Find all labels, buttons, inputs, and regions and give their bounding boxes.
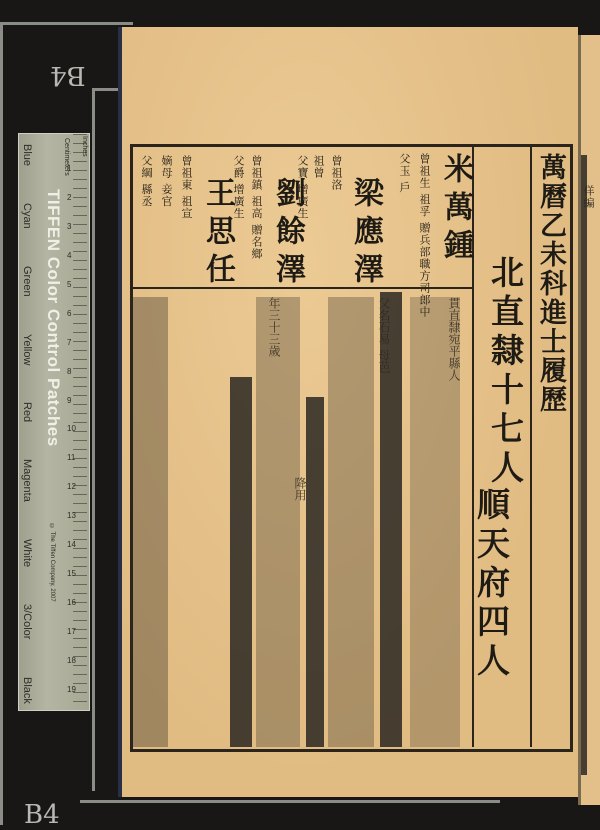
ink-band [380,292,402,747]
cm-tick: 18 [67,656,76,665]
cm-tick: 19 [67,685,76,694]
ink-band [230,377,252,747]
cm-tick: 11 [67,453,76,462]
tiffen-brand: TIFFEN Color Control Patches [43,189,63,447]
patch-cyan: Cyan [21,203,33,229]
name-mi-wanzhong: 米萬鍾 [440,153,470,267]
cm-tick: 17 [67,627,76,636]
name-liang-yingze: 梁應澤 [350,177,380,291]
ink-band [581,155,587,775]
annotation-wang-3: 父綱 縣丞 [141,155,152,208]
cm-tick: 13 [67,511,76,520]
background-frame-bottom [80,800,500,803]
copyright-text: © The Tiffen Company, 2007 [49,524,55,602]
adjacent-page: 佯編 [578,35,600,805]
annotation-liang-2: 祖曾 [313,155,324,179]
printed-text-block: 萬曆乙未科進士履歷 北直隸十七人 順天府四人 米萬鍾 曾祖生 祖孚 贈兵部職方司… [130,144,573,752]
annotation-mi-2: 父玉 戶 [399,153,410,194]
cm-tick: 6 [67,309,76,318]
annotation-wang-1: 曾祖東 祖宣 [181,155,192,220]
patch-black: Black [21,677,33,704]
cm-tick: 9 [67,396,76,405]
color-control-bar: Blue Cyan Green Yellow Red Magenta White… [18,133,90,711]
cm-tick: 8 [67,367,76,376]
annotation-liang-1: 曾祖洛 [331,155,342,191]
patch-white: White [21,539,33,567]
annotation-liu-1: 曾祖鎮 祖高 贈名鄉 [251,155,262,260]
color-patch-labels: Blue Cyan Green Yellow Red Magenta White… [21,144,33,704]
patch-yellow: Yellow [21,334,33,365]
cm-tick: 1 [67,164,76,173]
book-page: 萬曆乙未科進士履歷 北直隸十七人 順天府四人 米萬鍾 曾祖生 祖孚 贈兵部職方司… [118,27,578,797]
cm-tick: 5 [67,280,76,289]
cm-tick: 3 [67,222,76,231]
patch-red: Red [21,402,33,422]
cm-tick: 14 [67,540,76,549]
patch-magenta: Magenta [21,459,33,502]
cm-tick: 7 [67,338,76,347]
bottom-label-b4: B4 [24,800,60,830]
cm-tick: 4 [67,251,76,260]
cm-tick: 15 [67,569,76,578]
top-label-b4: B4 [50,60,86,90]
name-liu-yuze: 劉餘澤 [272,177,302,291]
title-column-rule [530,147,532,747]
cm-tick: 16 [67,598,76,607]
patch-green: Green [21,266,33,297]
cm-tick: 10 [67,424,76,433]
patch-blue: Blue [21,144,33,166]
region-heading-north-zhili: 北直隸十七人 [489,255,522,489]
ink-band [328,297,374,747]
ink-band [410,297,460,747]
inches-label: Inches [81,136,88,157]
annotation-wang-2: 嫡母 妾官 [161,155,172,208]
header-divider [133,287,474,289]
name-wang-siren: 王思任 [202,177,232,291]
ink-band [130,297,168,747]
annotation-mi-1: 曾祖生 祖孚 贈兵部職方司郎中 [419,153,430,318]
cm-tick-numbers: 1 2 3 4 5 6 7 8 9 10 11 12 13 14 15 16 1… [67,164,76,694]
cm-tick: 2 [67,193,76,202]
cm-tick: 12 [67,482,76,491]
ink-band [256,297,300,747]
patch-3color: 3/Color [21,604,33,639]
ink-band [306,397,324,747]
region-heading-shuntian: 順天府四人 [475,487,508,682]
document-title: 萬曆乙未科進士履歷 [537,153,564,414]
